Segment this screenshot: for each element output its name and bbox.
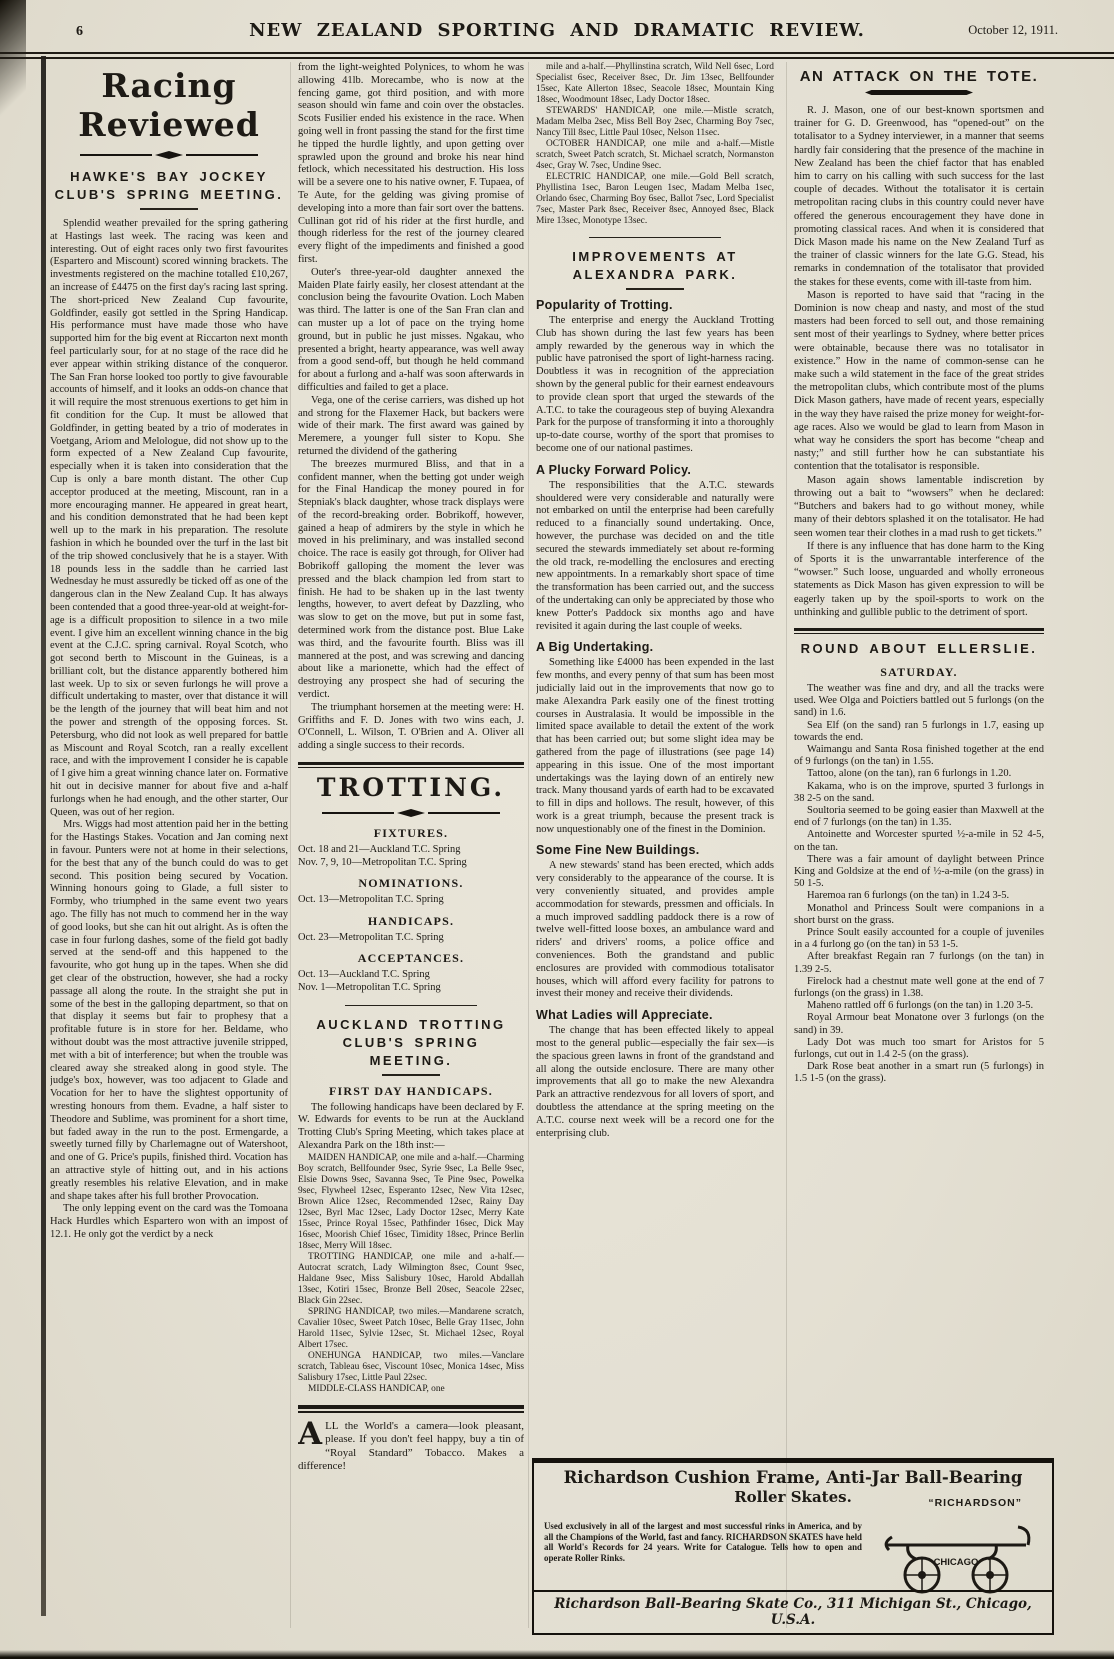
paragraph: A new stewards' stand has been erected, … — [536, 860, 774, 1001]
handicap-entry: MAIDEN HANDICAP, one mile and a-half.—Ch… — [298, 1153, 524, 1252]
decorative-divider — [298, 809, 524, 817]
subsection-heading: Some Fine New Buildings. — [536, 843, 774, 857]
paragraph: Prince Soult easily accounted for a coup… — [794, 927, 1044, 951]
paragraph: The enterprise and energy the Auckland T… — [536, 315, 774, 456]
column-3: mile and a-half.—Phyllinstina scratch, W… — [536, 62, 774, 1454]
roller-skates-ad: Richardson Cushion Frame, Anti-Jar Ball-… — [532, 1458, 1054, 1635]
column-4: AN ATTACK ON THE TOTE. R. J. Mason, one … — [794, 62, 1044, 1454]
paragraph: Dark Rose beat another in a smart run (5… — [794, 1061, 1044, 1085]
ellerslie-title: ROUND ABOUT ELLERSLIE. — [794, 640, 1044, 658]
paragraph: If there is any influence that has done … — [794, 540, 1044, 619]
subsection-heading: Popularity of Trotting. — [536, 298, 774, 312]
diamond-ornament-icon — [397, 809, 425, 817]
paragraph: After breakfast Regain ran 7 furlongs (o… — [794, 951, 1044, 975]
fixtures-heading: FIXTURES. — [298, 826, 524, 841]
paragraph: Royal Armour beat Monatone over 3 furlon… — [794, 1012, 1044, 1036]
column-rule — [528, 62, 529, 1628]
ellerslie-subtitle: SATURDAY. — [794, 665, 1044, 680]
paragraph: Soultoria seemed to be going easier than… — [794, 805, 1044, 829]
column-rule — [290, 62, 291, 1628]
issue-date: October 12, 1911. — [968, 23, 1058, 38]
scan-fold-line — [41, 56, 46, 1616]
short-rule — [345, 1005, 477, 1006]
tobacco-ad: ALL the World's a camera—look pleasant, … — [298, 1420, 524, 1474]
ad-chicago-label: CHICAGO — [934, 1557, 979, 1568]
ad-footer: Richardson Ball-Bearing Skate Co., 311 M… — [534, 1590, 1052, 1633]
paragraph: Splendid weather prevailed for the sprin… — [50, 218, 288, 819]
paragraph: Kakama, who is on the improve, spurted 3… — [794, 781, 1044, 805]
atc-subtitle: FIRST DAY HANDICAPS. — [298, 1084, 524, 1099]
subsection-heading: What Ladies will Appreciate. — [536, 1008, 774, 1022]
divider-line — [428, 812, 500, 814]
tote-title: AN ATTACK ON THE TOTE. — [794, 68, 1044, 86]
subsection-heading: A Plucky Forward Policy. — [536, 463, 774, 477]
masthead: 6 NEW ZEALAND SPORTING AND DRAMATIC REVI… — [0, 14, 1114, 48]
paragraph: Mrs. Wiggs had most attention paid her i… — [50, 819, 288, 1203]
paragraph: The following handicaps have been declar… — [298, 1102, 524, 1153]
roller-skate-illustration-icon: CHICAGO — [868, 1511, 1044, 1599]
subsection-heading: A Big Undertaking. — [536, 640, 774, 654]
racing-subtitle: HAWKE'S BAY JOCKEY CLUB'S SPRING MEETING… — [50, 168, 288, 204]
handicap-entry: SPRING HANDICAP, two miles.—Mandarene sc… — [298, 1307, 524, 1351]
ad-rule — [298, 1405, 524, 1413]
scan-bottom-edge — [0, 1650, 1114, 1659]
paragraph: Firelock had a chestnut mate well gone a… — [794, 976, 1044, 1000]
paragraph: The breezes murmured Bliss, and that in … — [298, 459, 524, 702]
section-rule — [298, 762, 524, 768]
handicap-entry: OCTOBER HANDICAP, one mile and a-half.—M… — [536, 139, 774, 172]
fixture-line: Nov. 7, 9, 10—Metropolitan T.C. Spring — [298, 857, 524, 870]
handicaps-heading: HANDICAPS. — [298, 914, 524, 929]
atc-title: AUCKLAND TROTTING CLUB'S SPRING MEETING. — [298, 1016, 524, 1070]
paragraph: Something like £4000 has been expended i… — [536, 657, 774, 836]
paragraph: The triumphant horsemen at the meeting w… — [298, 702, 524, 753]
paragraph: Waimangu and Santa Rosa finished togethe… — [794, 744, 1044, 768]
paragraph: The only lepping event on the card was t… — [50, 1203, 288, 1241]
paragraph: Monathol and Princess Soult were compani… — [794, 903, 1044, 927]
fixture-line: Nov. 1—Metropolitan T.C. Spring — [298, 982, 524, 995]
paragraph: Haremoa ran 6 furlongs (on the tan) in 1… — [794, 890, 1044, 902]
paragraph: The responsibilities that the A.T.C. ste… — [536, 480, 774, 634]
paragraph: from the light-weighted Polynices, to wh… — [298, 62, 524, 267]
ad-body-text: Used exclusively in all of the largest a… — [544, 1521, 862, 1563]
handicap-entry: MIDDLE-CLASS HANDICAP, one — [298, 1384, 524, 1395]
handicap-entry: STEWARDS' HANDICAP, one mile.—Mistle scr… — [536, 106, 774, 139]
trotting-title: TROTTING. — [298, 773, 524, 802]
masthead-title: NEW ZEALAND SPORTING AND DRAMATIC REVIEW… — [0, 20, 1114, 41]
nominations-heading: NOMINATIONS. — [298, 876, 524, 891]
short-rule — [382, 1074, 440, 1076]
short-rule — [626, 288, 684, 290]
paragraph: Tattoo, alone (on the tan), ran 6 furlon… — [794, 768, 1044, 780]
fixture-line: Oct. 13—Metropolitan T.C. Spring — [298, 894, 524, 907]
column-1: Racing Reviewed HAWKE'S BAY JOCKEY CLUB'… — [50, 62, 288, 1628]
handicap-entry: TROTTING HANDICAP, one mile and a-half.—… — [298, 1252, 524, 1307]
acceptances-heading: ACCEPTANCES. — [298, 951, 524, 966]
fixture-line: Oct. 13—Auckland T.C. Spring — [298, 969, 524, 982]
racing-reviewed-title: Racing Reviewed — [50, 66, 288, 144]
short-rule — [140, 208, 198, 210]
tobacco-ad-text: LL the World's a camera—look pleasant, p… — [298, 1420, 524, 1472]
divider-line — [80, 154, 152, 156]
paragraph: The change that has been effected likely… — [536, 1025, 774, 1140]
drop-cap: A — [298, 1420, 325, 1447]
ornament-bar-icon — [865, 90, 973, 95]
paragraph: Mason is reported to have said that “rac… — [794, 289, 1044, 474]
paragraph: Lady Dot was much too smart for Aristos … — [794, 1037, 1044, 1061]
short-rule — [589, 237, 721, 238]
ad-brand: “RICHARDSON” — [928, 1497, 1022, 1509]
fixture-line: Oct. 23—Metropolitan T.C. Spring — [298, 932, 524, 945]
paragraph: Mason again shows lamentable indiscretio… — [794, 474, 1044, 540]
ad-title: Richardson Cushion Frame, Anti-Jar Ball-… — [534, 1468, 1052, 1487]
paragraph: Maheno rattled off 6 furlongs (on the ta… — [794, 1000, 1044, 1012]
section-rule — [794, 628, 1044, 634]
paragraph: R. J. Mason, one of our best-known sport… — [794, 104, 1044, 289]
diamond-ornament-icon — [155, 151, 183, 159]
newspaper-page: 6 NEW ZEALAND SPORTING AND DRAMATIC REVI… — [0, 0, 1114, 1659]
paragraph: Antoinette and Worcester spurted ½-a-mil… — [794, 829, 1044, 853]
paragraph: Outer's three-year-old daughter annexed … — [298, 267, 524, 395]
handicap-entry: ELECTRIC HANDICAP, one mile.—Gold Bell s… — [536, 172, 774, 227]
paragraph: Sea Elf (on the sand) ran 5 furlongs in … — [794, 720, 1044, 744]
column-2: from the light-weighted Polynices, to wh… — [298, 62, 524, 1628]
paragraph: There was a fair amount of daylight betw… — [794, 854, 1044, 891]
paragraph: Vega, one of the cerise carriers, was di… — [298, 395, 524, 459]
handicap-entry: mile and a-half.—Phyllinstina scratch, W… — [536, 62, 774, 106]
paragraph: The weather was fine and dry, and all th… — [794, 683, 1044, 720]
divider-line — [322, 812, 394, 814]
handicap-entry: ONEHUNGA HANDICAP, two miles.—Vanclare s… — [298, 1351, 524, 1384]
masthead-rule — [0, 52, 1114, 59]
decorative-divider — [50, 151, 288, 159]
column-rule — [786, 62, 787, 1628]
improvements-title: IMPROVEMENTS AT ALEXANDRA PARK. — [536, 248, 774, 284]
fixture-line: Oct. 18 and 21—Auckland T.C. Spring — [298, 844, 524, 857]
divider-line — [186, 154, 258, 156]
